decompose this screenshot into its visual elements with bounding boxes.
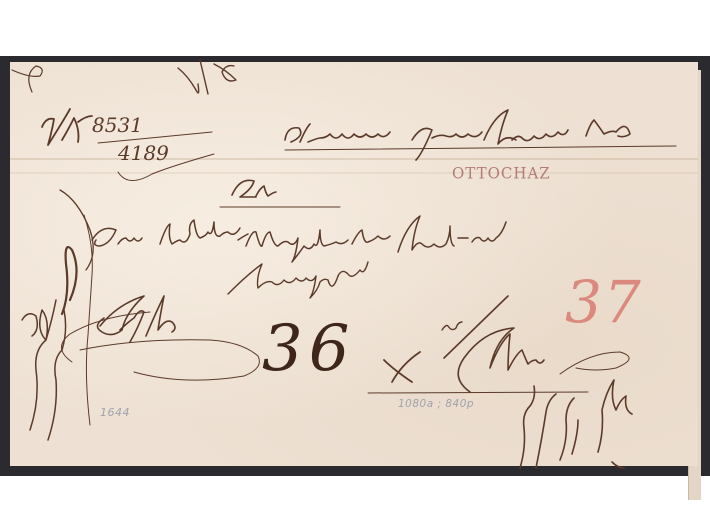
pencil-note-left: 1644 <box>100 406 130 419</box>
handwriting-strokes: 8531 4189 <box>0 0 710 530</box>
red-crayon-rate: 37 <box>565 268 643 336</box>
manuscript-rate-36: 36 <box>262 312 355 386</box>
registry-sub-ink: 4189 <box>117 141 169 165</box>
ottochaz-postmark: OTTOCHAZ <box>452 164 551 183</box>
pencil-note-right: 1080a ; 840p <box>398 398 474 410</box>
rate-digits: 36 <box>262 312 355 386</box>
registry-number-ink: 8531 <box>92 113 143 137</box>
